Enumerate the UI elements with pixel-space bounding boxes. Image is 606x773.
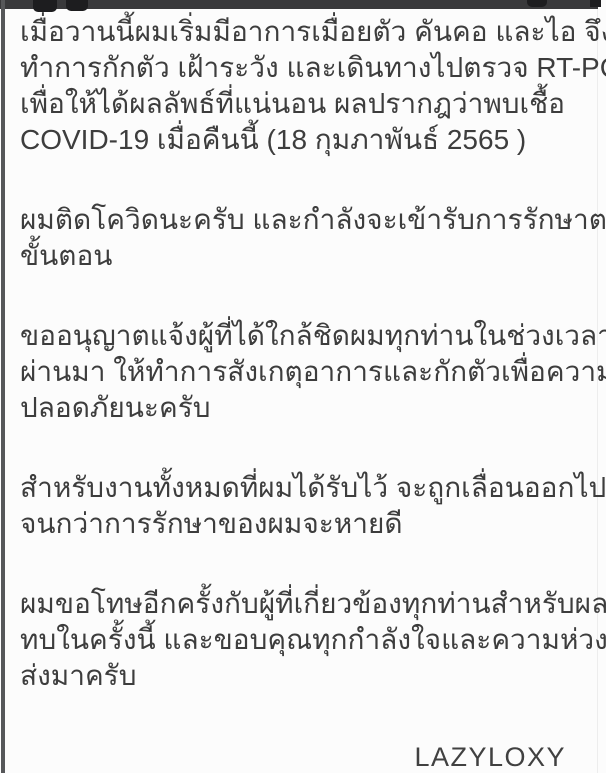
text-line: ขั้นตอน [20, 238, 582, 274]
text-line: ปลอดภัยนะครับ [20, 390, 582, 426]
text-line: ทำการกักตัว เฝ้าระวัง และเดินทางไปตรวจ R… [20, 50, 582, 86]
post-paragraph: ขออนุญาตแจ้งผู้ที่ได้ใกล้ชิดผมทุกท่านในช… [20, 318, 582, 426]
cropped-glyph-fragment [590, 0, 601, 7]
signature: LAZYLOXY [414, 742, 566, 773]
text-line: ผ่านมา ให้ทำการสังเกตุอาการและกักตัวเพื่… [20, 354, 582, 390]
text-line: เพื่อให้ได้ผลลัพธ์ที่แน่นอน ผลปรากฎว่าพบ… [20, 86, 582, 122]
text-line: ผมขอโทษอีกครั้งกับผู้ที่เกี่ยวข้องทุกท่า… [20, 586, 582, 622]
text-line: ขออนุญาตแจ้งผู้ที่ได้ใกล้ชิดผมทุกท่านในช… [20, 318, 582, 354]
text-line: ทบในครั้งนี้ และขอบคุณทุกกำลังใจและความห… [20, 622, 582, 658]
cropped-top-edge [0, 0, 598, 9]
text-line: COVID-19 เมื่อคืนนี้ (18 กุมภาพันธ์ 2565… [20, 122, 582, 158]
right-hairline [597, 9, 598, 773]
cropped-glyph-fragment [33, 0, 57, 12]
text-line: เมื่อวานนี้ผมเริ่มมีอาการเมื่อยตัว คันคอ… [20, 14, 582, 50]
text-line: ผมติดโควิดนะครับ และกำลังจะเข้ารับการรัก… [20, 202, 582, 238]
post-body: เมื่อวานนี้ผมเริ่มมีอาการเมื่อยตัว คันคอ… [20, 14, 582, 694]
post-paragraph: ผมติดโควิดนะครับ และกำลังจะเข้ารับการรัก… [20, 202, 582, 274]
cropped-glyph-fragment [527, 0, 547, 7]
text-line: จนกว่าการรักษาของผมจะหายดี [20, 506, 582, 542]
post-paragraph: สำหรับงานทั้งหมดที่ผมได้รับไว้ จะถูกเลื่… [20, 470, 582, 542]
cropped-left-edge [1, 0, 5, 773]
post-paragraph: เมื่อวานนี้ผมเริ่มมีอาการเมื่อยตัว คันคอ… [20, 14, 582, 158]
post-paragraph: ผมขอโทษอีกครั้งกับผู้ที่เกี่ยวข้องทุกท่า… [20, 586, 582, 694]
announcement-card: เมื่อวานนี้ผมเริ่มมีอาการเมื่อยตัว คันคอ… [0, 0, 606, 773]
text-line: ส่งมาครับ [20, 658, 582, 694]
cropped-glyph-fragment [66, 0, 88, 11]
text-line: สำหรับงานทั้งหมดที่ผมได้รับไว้ จะถูกเลื่… [20, 470, 582, 506]
